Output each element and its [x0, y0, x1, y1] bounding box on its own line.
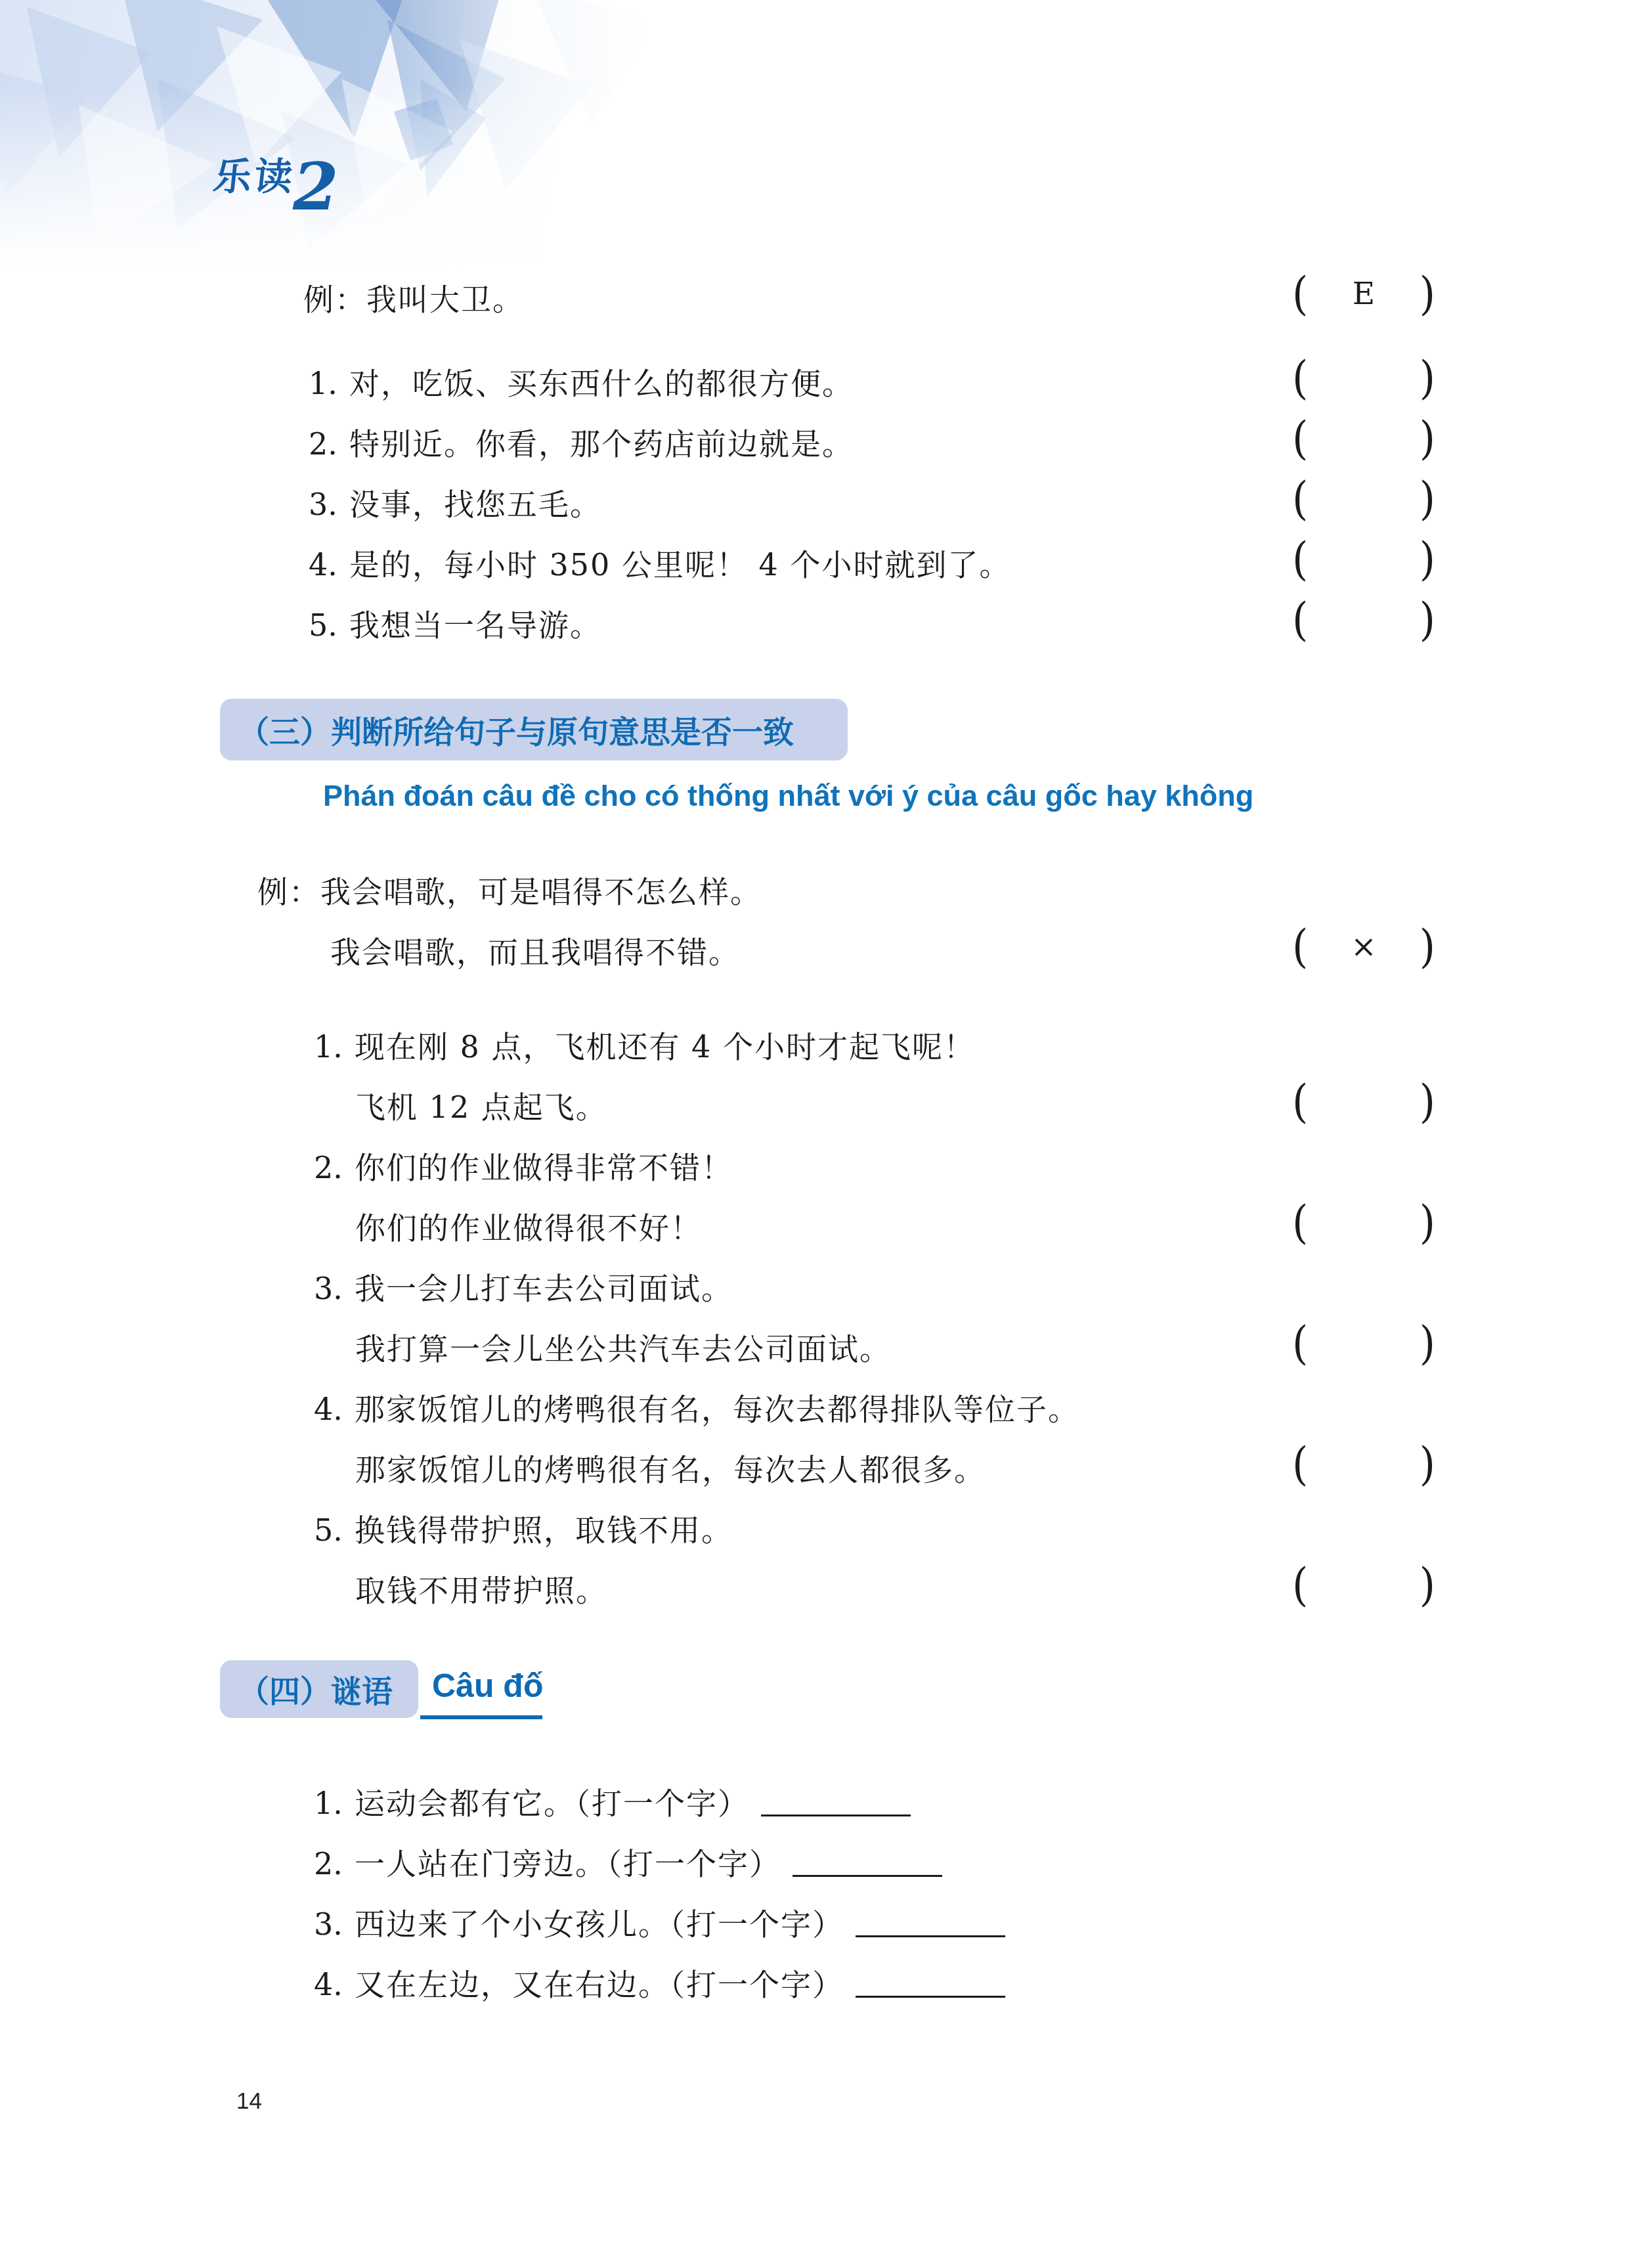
sec3-item-line1: 5.换钱得带护照，取钱不用。 — [0, 1506, 1652, 1550]
item-text: 对，吃饭、买东西什么的都很方便。 — [349, 366, 854, 401]
section3-header: （三）判断所给句子与原句意思是否一致 — [220, 699, 848, 760]
riddle-text: 运动会都有它。（打一个字） — [355, 1786, 749, 1821]
close-paren: ) — [1420, 1199, 1435, 1244]
close-paren: ) — [1420, 1320, 1435, 1365]
open-paren: ( — [1292, 415, 1308, 460]
riddle-row: 3.西边来了个小女孩儿。（打一个字） — [0, 1901, 1652, 1944]
close-paren: ) — [1420, 415, 1435, 460]
answer-parens: () — [1292, 349, 1435, 406]
item-number: 3. — [309, 487, 337, 522]
sec1-example-row: 例：我叫大卫。 ( E ) — [0, 276, 1652, 319]
item-text: 特别近。你看，那个药店前边就是。 — [349, 426, 854, 462]
section3-title: （三）判断所给句子与原句意思是否一致 — [238, 708, 794, 752]
open-paren: ( — [1292, 1199, 1308, 1244]
section4-title: （四）谜语 — [238, 1667, 393, 1711]
open-paren: ( — [1292, 536, 1308, 581]
item-number: 2. — [314, 1150, 343, 1185]
sec1-example-text: 例：我叫大卫。 — [303, 276, 524, 319]
answer-parens: (×) — [1292, 918, 1435, 975]
answer-parens: () — [1292, 1436, 1435, 1492]
riddle-row: 4.又在左边，又在右边。（打一个字） — [0, 1961, 1652, 2004]
close-paren: ) — [1420, 1078, 1435, 1124]
sec3-item-line2: 我打算一会儿坐公共汽车去公司面试。 () — [0, 1325, 1652, 1369]
answer-blank — [856, 1930, 1005, 1937]
header-polygon-decoration — [0, 0, 663, 282]
item-number: 4. — [314, 1967, 343, 2002]
riddle-row: 1.运动会都有它。（打一个字） — [0, 1780, 1652, 1823]
sec3-item-line1: 2.你们的作业做得非常不错！ — [0, 1144, 1652, 1187]
item-text: 现在刚 8 点，飞机还有 4 个小时才起飞呢！ — [355, 1029, 975, 1065]
answer-parens: () — [1292, 1073, 1435, 1130]
open-paren: ( — [1292, 1320, 1308, 1365]
textbook-page: 乐读 2 例：我叫大卫。 ( E ) 1.对，吃饭、买东西什么的都很方便。 ()… — [0, 0, 1652, 2265]
answer-blank — [793, 1870, 942, 1877]
item-number: 4. — [309, 547, 337, 583]
open-paren: ( — [1292, 475, 1308, 521]
answer-parens: () — [1292, 1315, 1435, 1371]
item-text: 那家饭馆儿的烤鸭很有名，每次去人都很多。 — [355, 1446, 986, 1489]
answer-parens: () — [1292, 1194, 1435, 1250]
close-paren: ) — [1420, 475, 1435, 521]
item-number: 1. — [314, 1029, 343, 1065]
item-number: 2. — [314, 1846, 343, 1881]
sec1-item-row: 2.特别近。你看，那个药店前边就是。 () — [0, 420, 1652, 464]
item-text: 你们的作业做得很不好！ — [355, 1204, 702, 1248]
sec3-item-line2: 那家饭馆儿的烤鸭很有名，每次去人都很多。 () — [0, 1446, 1652, 1489]
item-number: 3. — [314, 1906, 343, 1942]
sec3-item-line1: 1.现在刚 8 点，飞机还有 4 个小时才起飞呢！ — [0, 1023, 1652, 1067]
example-text: 我会唱歌，而且我唱得不错。 — [330, 929, 740, 972]
page-number: 14 — [236, 2088, 262, 2115]
answer-parens: () — [1292, 470, 1435, 527]
answer-value: × — [1351, 929, 1376, 965]
close-paren: ) — [1420, 355, 1435, 400]
close-paren: ) — [1420, 923, 1435, 969]
sec1-item-row: 4.是的，每小时 350 公里呢！ 4 个小时就到了。 () — [0, 541, 1652, 584]
item-number: 1. — [314, 1786, 343, 1821]
open-paren: ( — [1292, 1441, 1308, 1486]
item-number: 1. — [309, 366, 337, 401]
section4-header: （四）谜语 — [220, 1660, 418, 1718]
close-paren: ) — [1420, 596, 1435, 642]
answer-parens: () — [1292, 591, 1435, 648]
item-text: 没事，找您五毛。 — [349, 487, 601, 522]
riddle-text: 又在左边，又在右边。（打一个字） — [355, 1967, 844, 2002]
answer-blank — [856, 1990, 1005, 1998]
sec3-example-line1: 例：我会唱歌，可是唱得不怎么样。 — [0, 868, 1652, 912]
sec3-item-line2: 飞机 12 点起飞。 () — [0, 1084, 1652, 1127]
brand-logo-cn: 乐读 — [211, 146, 299, 201]
sec3-item-line2: 你们的作业做得很不好！ () — [0, 1204, 1652, 1248]
item-text: 飞机 12 点起飞。 — [355, 1084, 607, 1127]
answer-parens: () — [1292, 531, 1435, 587]
close-paren: ) — [1420, 271, 1435, 316]
open-paren: ( — [1292, 271, 1308, 316]
item-text: 我想当一名导游。 — [349, 607, 601, 643]
item-text: 换钱得带护照，取钱不用。 — [355, 1512, 733, 1548]
answer-blank — [761, 1809, 911, 1816]
sec1-item-row: 5.我想当一名导游。 () — [0, 602, 1652, 645]
item-text: 我打算一会儿坐公共汽车去公司面试。 — [355, 1325, 891, 1369]
brand-logo-number: 2 — [293, 154, 339, 219]
item-number: 2. — [309, 426, 337, 462]
close-paren: ) — [1420, 536, 1435, 581]
item-text: 是的，每小时 350 公里呢！ 4 个小时就到了。 — [349, 547, 1011, 583]
answer-parens: () — [1292, 410, 1435, 466]
item-number: 3. — [314, 1271, 343, 1306]
section4-subtitle-vietnamese: Câu đố — [432, 1667, 543, 1705]
item-number: 4. — [314, 1392, 343, 1427]
sec1-example-answer-parens: ( E ) — [1292, 265, 1435, 322]
sec1-item-row: 1.对，吃饭、买东西什么的都很方便。 () — [0, 360, 1652, 403]
item-text: 我一会儿打车去公司面试。 — [355, 1271, 733, 1306]
section4-subtitle-underline — [420, 1715, 542, 1719]
open-paren: ( — [1292, 923, 1308, 969]
item-text: 你们的作业做得非常不错！ — [355, 1150, 733, 1185]
sec3-item-line2: 取钱不用带护照。 () — [0, 1567, 1652, 1610]
open-paren: ( — [1292, 596, 1308, 642]
item-number: 5. — [314, 1512, 343, 1548]
answer-parens: () — [1292, 1556, 1435, 1613]
item-number: 5. — [309, 607, 337, 643]
sec3-item-line1: 3.我一会儿打车去公司面试。 — [0, 1265, 1652, 1308]
example-text: 例：我会唱歌，可是唱得不怎么样。 — [257, 868, 762, 912]
open-paren: ( — [1292, 355, 1308, 400]
item-text: 那家饭馆儿的烤鸭很有名，每次去都得排队等位子。 — [355, 1392, 1079, 1427]
sec3-example-line2: 我会唱歌，而且我唱得不错。 (×) — [0, 929, 1652, 972]
close-paren: ) — [1420, 1562, 1435, 1607]
sec1-item-row: 3.没事，找您五毛。 () — [0, 481, 1652, 524]
open-paren: ( — [1292, 1078, 1308, 1124]
item-text: 取钱不用带护照。 — [355, 1567, 607, 1610]
riddle-row: 2.一人站在门旁边。（打一个字） — [0, 1840, 1652, 1883]
close-paren: ) — [1420, 1441, 1435, 1486]
riddle-text: 西边来了个小女孩儿。（打一个字） — [355, 1906, 844, 1942]
answer-value: E — [1353, 276, 1375, 312]
open-paren: ( — [1292, 1562, 1308, 1607]
section3-subtitle-vietnamese: Phán đoán câu đề cho có thống nhất với ý… — [323, 779, 1253, 813]
riddle-text: 一人站在门旁边。（打一个字） — [355, 1846, 781, 1881]
sec3-item-line1: 4.那家饭馆儿的烤鸭很有名，每次去都得排队等位子。 — [0, 1386, 1652, 1429]
